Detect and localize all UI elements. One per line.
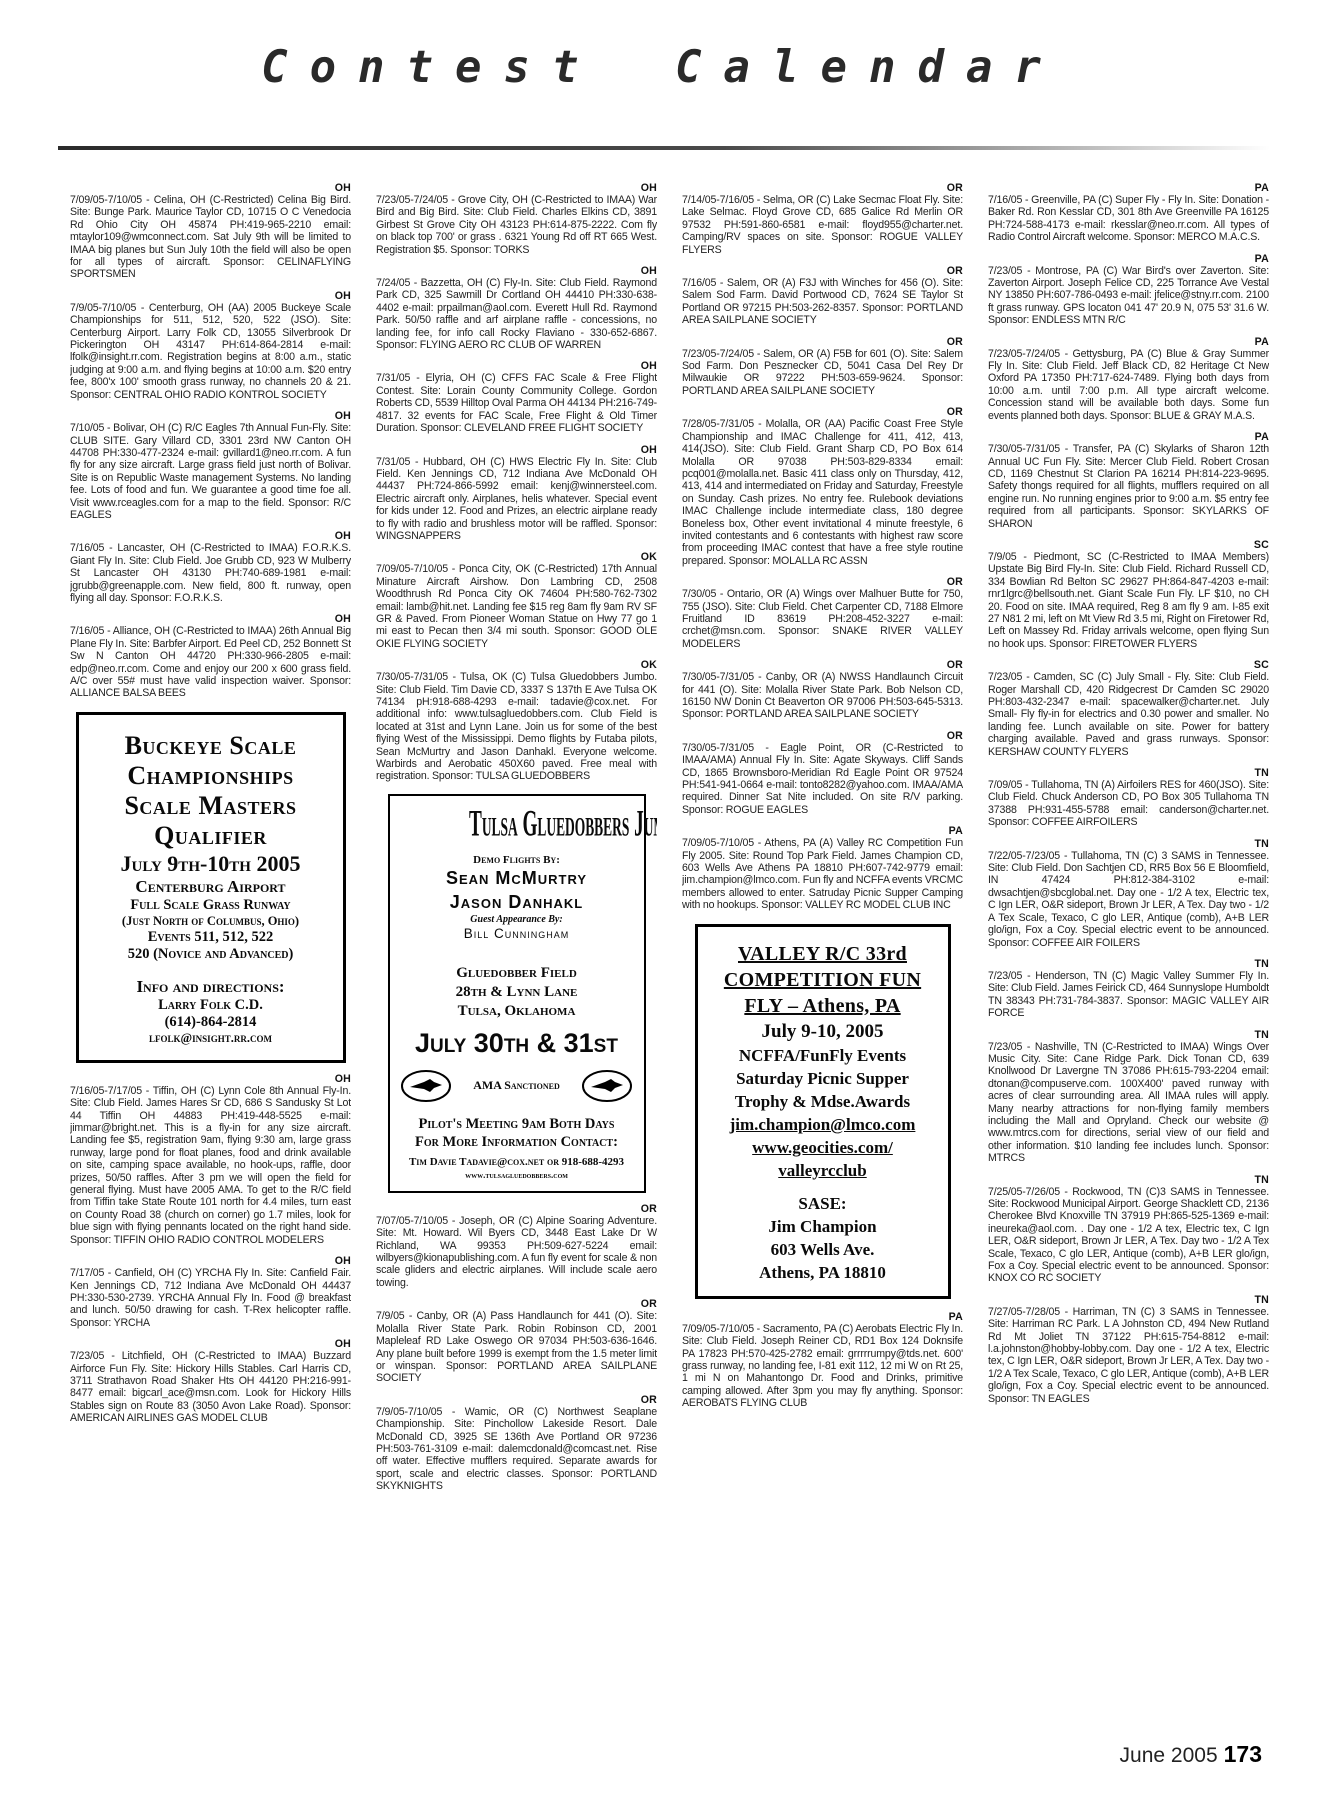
calendar-entry-block: OH7/10/05 - Bolivar, OH (C) R/C Eagles 7… [70, 410, 351, 521]
tulsa-gluedobbers-ad: Tulsa Gluedobbers Jumbo 2005 Demo Flight… [388, 794, 646, 1193]
state-label: OH [70, 290, 351, 302]
calendar-column: OH7/23/05-7/24/05 - Grove City, OH (C-Re… [376, 182, 657, 1742]
ad-events-line: NCFFA/FunFly Events [706, 1044, 940, 1067]
calendar-entry: 7/09/05-7/10/05 - Celina, OH (C-Restrict… [70, 194, 351, 281]
state-label: TN [988, 838, 1269, 850]
page-footer: June 2005173 [1120, 1741, 1262, 1768]
calendar-entry: 7/17/05 - Canfield, OH (C) YRCHA Fly In.… [70, 1267, 351, 1329]
ad-guest-name: Bill Cunningham [396, 925, 638, 942]
state-label: OH [376, 360, 657, 372]
calendar-entry: 7/23/05 - Montrose, PA (C) War Bird's ov… [988, 265, 1269, 327]
masthead: Contest Calendar [0, 42, 1324, 93]
calendar-entry: 7/30/05-7/31/05 - Tulsa, OK (C) Tulsa Gl… [376, 671, 657, 783]
ad-field-city: Tulsa, Oklahoma [396, 1002, 638, 1021]
state-label: OH [70, 1338, 351, 1350]
state-label: PA [988, 431, 1269, 443]
calendar-entry: 7/30/05-7/31/05 - Eagle Point, OR (C-Res… [682, 742, 963, 816]
calendar-entry: 7/9/05 - Piedmont, SC (C-Restricted to I… [988, 551, 1269, 650]
calendar-entry-block: OH7/31/05 - Hubbard, OH (C) HWS Electric… [376, 444, 657, 543]
calendar-entry-block: TN7/25/05-7/26/05 - Rockwood, TN (C)3 SA… [988, 1174, 1269, 1285]
calendar-entry: 7/09/05 - Tullahoma, TN (A) Airfoilers R… [988, 779, 1269, 829]
calendar-entry-block: OH7/23/05 - Litchfield, OH (C-Restricted… [70, 1338, 351, 1424]
calendar-columns: OH7/09/05-7/10/05 - Celina, OH (C-Restri… [70, 182, 1270, 1742]
calendar-entry-block: OK7/30/05-7/31/05 - Tulsa, OK (C) Tulsa … [376, 659, 657, 783]
state-label: TN [988, 767, 1269, 779]
state-label: OH [70, 410, 351, 422]
page-title: Contest Calendar [0, 42, 1324, 93]
calendar-entry-block: OH7/16/05-7/17/05 - Tiffin, OH (C) Lynn … [70, 1073, 351, 1246]
state-label: OR [682, 336, 963, 348]
calendar-entry-block: OH7/9/05-7/10/05 - Centerburg, OH (AA) 2… [70, 290, 351, 401]
calendar-entry-block: OK7/09/05-7/10/05 - Ponca City, OK (C-Re… [376, 551, 657, 650]
calendar-entry-block: PA7/23/05-7/24/05 - Gettysburg, PA (C) B… [988, 336, 1269, 422]
ad-contact-name: Larry Folk C.D. [85, 997, 337, 1014]
ad-email: jim.champion@lmco.com [706, 1113, 940, 1136]
ad-title: Tulsa Gluedobbers Jumbo 2005 [469, 804, 657, 844]
state-label: OR [376, 1298, 657, 1310]
state-label: TN [988, 1174, 1269, 1186]
ad-heading: FLY – Athens, PA [706, 993, 940, 1019]
ad-picnic-line: Saturday Picnic Supper [706, 1067, 940, 1090]
ad-title-line: Buckeye Scale [85, 731, 337, 761]
ad-email: lfolk@insight.rr.com [85, 1031, 337, 1046]
ama-sanction-row: AMA Sanctioned [396, 1069, 638, 1103]
ad-url: valleyrcclub [706, 1159, 940, 1182]
calendar-entry: 7/24/05 - Bazzetta, OH (C) Fly-In. Site:… [376, 277, 657, 351]
state-label: OR [682, 406, 963, 418]
header-rule [58, 146, 1270, 150]
ad-date: July 9th-10th 2005 [85, 851, 337, 877]
calendar-entry-block: TN7/27/05-7/28/05 - Harriman, TN (C) 3 S… [988, 1294, 1269, 1405]
calendar-entry-block: OR7/07/05-7/10/05 - Joseph, OR (C) Alpin… [376, 1203, 657, 1289]
calendar-entry-block: OR7/28/05-7/31/05 - Molalla, OR (AA) Pac… [682, 406, 963, 567]
ad-pilot-name: Sean McMurtry [396, 866, 638, 890]
calendar-entry-block: OR7/30/05-7/31/05 - Canby, OR (A) NWSS H… [682, 659, 963, 721]
calendar-entry: 7/27/05-7/28/05 - Harriman, TN (C) 3 SAM… [988, 1306, 1269, 1405]
calendar-entry-block: TN7/23/05 - Nashville, TN (C-Restricted … [988, 1029, 1269, 1165]
state-label: PA [988, 182, 1269, 194]
calendar-entry: 7/31/05 - Hubbard, OH (C) HWS Electric F… [376, 456, 657, 543]
ad-url: www.tulsagluedobbers.com [396, 1169, 638, 1181]
calendar-entry: 7/30/05 - Ontario, OR (A) Wings over Mal… [682, 588, 963, 650]
magazine-page: { "header": { "title": "Contest Calendar… [0, 0, 1324, 1800]
ad-phone: (614)-864-2814 [85, 1014, 337, 1031]
ad-contact-line: Tim Davie Tadavie@cox.net or 918-688-429… [396, 1155, 638, 1169]
ad-block: Buckeye Scale Championships Scale Master… [70, 712, 351, 1063]
calendar-entry-block: OH7/16/05 - Lancaster, OH (C-Restricted … [70, 530, 351, 604]
calendar-entry: 7/28/05-7/31/05 - Molalla, OR (AA) Pacif… [682, 418, 963, 567]
issue-date: June 2005 [1120, 1744, 1218, 1767]
state-label: PA [988, 336, 1269, 348]
ad-demo-heading: Demo Flights By: [396, 854, 638, 866]
ad-field-name: Gluedobber Field [396, 964, 638, 983]
ad-events: Events 511, 512, 522 [85, 929, 337, 946]
state-label: OH [376, 182, 657, 194]
ad-title-line: Championships [85, 761, 337, 791]
state-label: SC [988, 539, 1269, 551]
ad-guest-heading: Guest Appearance By: [396, 914, 638, 925]
calendar-entry-block: OH7/24/05 - Bazzetta, OH (C) Fly-In. Sit… [376, 265, 657, 351]
calendar-entry-block: PA7/09/05-7/10/05 - Athens, PA (A) Valle… [682, 825, 963, 911]
calendar-entry-block: TN7/09/05 - Tullahoma, TN (A) Airfoilers… [988, 767, 1269, 829]
buckeye-scale-ad: Buckeye Scale Championships Scale Master… [76, 712, 346, 1063]
state-label: TN [988, 958, 1269, 970]
calendar-entry-block: OH7/09/05-7/10/05 - Celina, OH (C-Restri… [70, 182, 351, 281]
calendar-entry-block: OR7/14/05-7/16/05 - Selma, OR (C) Lake S… [682, 182, 963, 256]
calendar-entry: 7/16/05-7/17/05 - Tiffin, OH (C) Lynn Co… [70, 1085, 351, 1246]
state-label: OH [70, 1255, 351, 1267]
calendar-entry: 7/09/05-7/10/05 - Athens, PA (A) Valley … [682, 837, 963, 911]
ad-date: July 30th & 31st [396, 1027, 638, 1059]
state-label: OH [70, 1073, 351, 1085]
state-label: OR [682, 182, 963, 194]
ad-block: Tulsa Gluedobbers Jumbo 2005 Demo Flight… [376, 794, 657, 1193]
ad-url: www.geocities.com/ [706, 1136, 940, 1159]
calendar-entry: 7/10/05 - Bolivar, OH (C) R/C Eagles 7th… [70, 422, 351, 521]
ad-contact-city: Athens, PA 18810 [706, 1261, 940, 1284]
page-number: 173 [1224, 1741, 1262, 1767]
calendar-entry-block: SC7/23/05 - Camden, SC (C) July Small - … [988, 659, 1269, 758]
calendar-entry-block: OR7/30/05-7/31/05 - Eagle Point, OR (C-R… [682, 730, 963, 816]
calendar-entry-block: PA7/30/05-7/31/05 - Transfer, PA (C) Sky… [988, 431, 1269, 530]
calendar-entry: 7/23/05 - Camden, SC (C) July Small - Fl… [988, 671, 1269, 758]
calendar-entry: 7/09/05-7/10/05 - Sacramento, PA (C) Aer… [682, 1323, 963, 1410]
calendar-entry-block: OR7/9/05 - Canby, OR (A) Pass Handlaunch… [376, 1298, 657, 1384]
ad-heading: VALLEY R/C 33rd [706, 941, 940, 967]
calendar-entry: 7/9/05 - Canby, OR (A) Pass Handlaunch f… [376, 1310, 657, 1384]
calendar-entry-block: SC7/9/05 - Piedmont, SC (C-Restricted to… [988, 539, 1269, 650]
calendar-entry: 7/16/05 - Lancaster, OH (C-Restricted to… [70, 542, 351, 604]
ad-sase-label: SASE: [706, 1192, 940, 1215]
state-label: OR [682, 265, 963, 277]
calendar-entry-block: OR7/30/05 - Ontario, OR (A) Wings over M… [682, 576, 963, 650]
calendar-entry: 7/23/05 - Nashville, TN (C-Restricted to… [988, 1041, 1269, 1165]
calendar-entry-block: OR7/16/05 - Salem, OR (A) F3J with Winch… [682, 265, 963, 327]
calendar-entry: 7/23/05-7/24/05 - Gettysburg, PA (C) Blu… [988, 348, 1269, 422]
calendar-entry: 7/09/05-7/10/05 - Ponca City, OK (C-Rest… [376, 563, 657, 650]
state-label: OH [70, 613, 351, 625]
calendar-entry: 7/25/05-7/26/05 - Rockwood, TN (C)3 SAMS… [988, 1186, 1269, 1285]
ad-info-heading: Info and directions: [85, 977, 337, 997]
calendar-entry: 7/16/05 - Salem, OR (A) F3J with Winches… [682, 277, 963, 327]
ad-runway: Full Scale Grass Runway [85, 897, 337, 914]
calendar-entry: 7/9/05-7/10/05 - Centerburg, OH (AA) 200… [70, 302, 351, 401]
state-label: OK [376, 551, 657, 563]
calendar-entry: 7/14/05-7/16/05 - Selma, OR (C) Lake Sec… [682, 194, 963, 256]
state-label: PA [682, 1311, 963, 1323]
state-label: TN [988, 1294, 1269, 1306]
state-label: SC [988, 659, 1269, 671]
calendar-column: OH7/09/05-7/10/05 - Celina, OH (C-Restri… [70, 182, 351, 1742]
state-label: OH [70, 182, 351, 194]
ad-field-address: 28th & Lynn Lane [396, 983, 638, 1002]
state-label: OH [70, 530, 351, 542]
ad-title-line: Scale Masters [85, 791, 337, 821]
ad-awards-line: Trophy & Mdse.Awards [706, 1090, 940, 1113]
calendar-entry: 7/22/05-7/23/05 - Tullahoma, TN (C) 3 SA… [988, 850, 1269, 949]
calendar-entry: 7/23/05-7/24/05 - Salem, OR (A) F5B for … [682, 348, 963, 398]
calendar-entry: 7/16/05 - Alliance, OH (C-Restricted to … [70, 625, 351, 699]
calendar-entry-block: PA7/16/05 - Greenville, PA (C) Super Fly… [988, 182, 1269, 244]
calendar-entry: 7/9/05-7/10/05 - Wamic, OR (C) Northwest… [376, 1406, 657, 1493]
calendar-entry-block: TN7/23/05 - Henderson, TN (C) Magic Vall… [988, 958, 1269, 1020]
ad-date: July 9-10, 2005 [706, 1019, 940, 1044]
ad-block: VALLEY R/C 33rd COMPETITION FUN FLY – At… [682, 924, 963, 1299]
club-logo-icon [400, 1069, 452, 1103]
calendar-entry: 7/23/05 - Litchfield, OH (C-Restricted t… [70, 1350, 351, 1424]
calendar-entry-block: OH7/31/05 - Elyria, OH (C) CFFS FAC Scal… [376, 360, 657, 434]
ad-pilot-name: Jason Danhakl [396, 890, 638, 914]
ad-venue: Centerburg Airport [85, 877, 337, 897]
calendar-entry-block: TN7/22/05-7/23/05 - Tullahoma, TN (C) 3 … [988, 838, 1269, 949]
state-label: OR [682, 576, 963, 588]
state-label: OH [376, 265, 657, 277]
calendar-entry: 7/30/05-7/31/05 - Transfer, PA (C) Skyla… [988, 443, 1269, 530]
calendar-entry: 7/23/05-7/24/05 - Grove City, OH (C-Rest… [376, 194, 657, 256]
valley-rc-ad: VALLEY R/C 33rd COMPETITION FUN FLY – At… [695, 924, 951, 1299]
state-label: PA [682, 825, 963, 837]
calendar-entry-block: OH7/23/05-7/24/05 - Grove City, OH (C-Re… [376, 182, 657, 256]
calendar-entry-block: OH7/17/05 - Canfield, OH (C) YRCHA Fly I… [70, 1255, 351, 1329]
state-label: OR [376, 1203, 657, 1215]
ad-location: (Just North of Columbus, Ohio) [85, 914, 337, 929]
ad-contact-address: 603 Wells Ave. [706, 1238, 940, 1261]
ad-sanction-text: AMA Sanctioned [473, 1078, 560, 1093]
ad-contact-heading: For More Information Contact: [396, 1133, 638, 1151]
ad-title-line: Qualifier [85, 821, 337, 851]
state-label: OR [376, 1394, 657, 1406]
calendar-entry: 7/16/05 - Greenville, PA (C) Super Fly -… [988, 194, 1269, 244]
club-logo-icon [581, 1069, 633, 1103]
calendar-column: PA7/16/05 - Greenville, PA (C) Super Fly… [988, 182, 1269, 1742]
ad-heading: COMPETITION FUN [706, 967, 940, 993]
ad-events: 520 (Novice and Advanced) [85, 946, 337, 963]
state-label: OR [682, 659, 963, 671]
calendar-entry-block: OR7/23/05-7/24/05 - Salem, OR (A) F5B fo… [682, 336, 963, 398]
state-label: OR [682, 730, 963, 742]
calendar-column: OR7/14/05-7/16/05 - Selma, OR (C) Lake S… [682, 182, 963, 1742]
calendar-entry-block: OH7/16/05 - Alliance, OH (C-Restricted t… [70, 613, 351, 699]
calendar-entry-block: OR7/9/05-7/10/05 - Wamic, OR (C) Northwe… [376, 1394, 657, 1493]
calendar-entry: 7/31/05 - Elyria, OH (C) CFFS FAC Scale … [376, 372, 657, 434]
state-label: OH [376, 444, 657, 456]
state-label: TN [988, 1029, 1269, 1041]
calendar-entry-block: PA7/09/05-7/10/05 - Sacramento, PA (C) A… [682, 1311, 963, 1410]
calendar-entry: 7/30/05-7/31/05 - Canby, OR (A) NWSS Han… [682, 671, 963, 721]
calendar-entry-block: PA7/23/05 - Montrose, PA (C) War Bird's … [988, 253, 1269, 327]
state-label: OK [376, 659, 657, 671]
calendar-entry: 7/23/05 - Henderson, TN (C) Magic Valley… [988, 970, 1269, 1020]
calendar-entry: 7/07/05-7/10/05 - Joseph, OR (C) Alpine … [376, 1215, 657, 1289]
ad-contact-name: Jim Champion [706, 1215, 940, 1238]
state-label: PA [988, 253, 1269, 265]
ad-meeting-line: Pilot's Meeting 9am Both Days [396, 1115, 638, 1133]
